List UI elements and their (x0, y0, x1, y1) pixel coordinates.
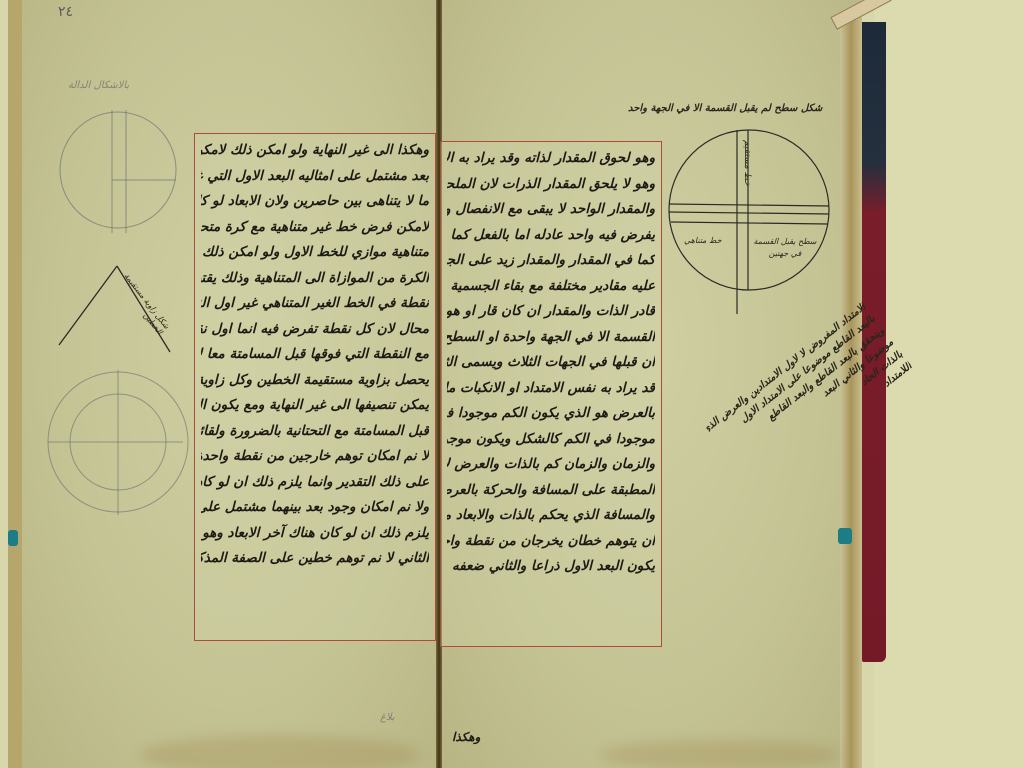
left-text-block: وهكذا الى غير النهاية ولو امكن ذلك لامكن… (194, 133, 436, 641)
text-line: وهو لحوق المقدار لذاته وقد يراد به الافل… (447, 146, 655, 172)
text-line: متناهية موازي للخط الاول ولو امكن ذلك لز… (201, 240, 429, 266)
faint-mark: بلاغ (380, 712, 395, 723)
text-line: الكرة من الموازاة الى المتناهية وذلك يقت… (201, 266, 429, 292)
text-line: وهو لا يلحق المقدار الذرات لان الملحوق ي… (447, 172, 655, 198)
text-line: والمقدار الواحد لا يبقى مع الانفصال والث… (447, 197, 655, 223)
blue-ink-mark (8, 530, 18, 546)
text-line: ما لا يتناهى بين حاصرين ولان الابعاد لو … (201, 189, 429, 215)
text-line: نقطة في الخط الغير المتناهي غير اول النق… (201, 291, 429, 317)
text-line: يكون البعد الاول ذراعا والثاني ضعفه والث… (447, 554, 655, 580)
text-line: عليه مقادير مختلفة مع بقاء الجسمية والكم… (447, 274, 655, 300)
text-line: يلزم ذلك ان لو كان هناك آخر الابعاد وهو … (201, 521, 429, 547)
text-line: لامكن فرض خط غير متناهية مع كرة متحركة ت… (201, 215, 429, 241)
text-line: قد يراد به نفس الامتداد او الانكبات ما خ… (447, 376, 655, 402)
text-line: ولا نم امكان وجود بعد بينهما مشتمل على ا… (201, 495, 429, 521)
pencil-circle-diagram (60, 108, 180, 238)
text-line: على ذلك التقدير وانما يلزم ذلك ان لو كان… (201, 470, 429, 496)
text-line: المطبقة على المسافة والحركة بالعرض لا تط… (447, 478, 655, 504)
text-line: الثاني لا نم توهم خطين على الصفة المذكور… (201, 546, 429, 572)
text-line: لا نم امكان توهم خارجين من نقطة واحدة عل… (201, 444, 429, 470)
text-line: موجودا في الكم كالشكل ويكون موجودا في مح… (447, 427, 655, 453)
pencil-caption: بالاشكال الدالة (68, 80, 129, 91)
catchword: وهكذا (452, 730, 480, 744)
right-text-block: وهو لحوق المقدار لذاته وقد يراد به الافل… (440, 141, 662, 647)
text-line: والمسافة الذي يحكم بالذات والابعاد متناه… (447, 503, 655, 529)
text-line: ان يتوهم خطان يخرجان من نقطة واحدة ويتبا… (447, 529, 655, 555)
text-line: يفرض فيه واحد عادله اما بالفعل كما في ال… (447, 223, 655, 249)
blue-ink-mark (838, 528, 852, 544)
text-line: بالعرض هو الذي يكون الكم موجودا فيه بالف… (447, 401, 655, 427)
text-line: يحصل بزاوية مستقيمة الخطين وكل زاوية شار… (201, 368, 429, 394)
diagram-label-left: خط متناهي (684, 236, 722, 245)
folio-number: ٢٤ (58, 4, 73, 20)
text-line: بعد مشتمل على امثاليه البعد الاول التي غ… (201, 164, 429, 190)
text-line: مع النقطة التي فوقها قبل المسامتة معا لا… (201, 342, 429, 368)
text-line: القسمة الا في الجهة واحدة او السطح ان قب… (447, 325, 655, 351)
text-line: كما في المقدار والمقدار زيد على الجسمية … (447, 248, 655, 274)
circle-diagram-caption: شكل سطح لم يقبل القسمة الا في الجهة واحد (628, 103, 822, 114)
text-line: يمكن تنصيفها الى غير النهاية ومع يكون ال… (201, 393, 429, 419)
text-line: قادر الذات والمقدار ان كان قار او هو الخ… (447, 299, 655, 325)
text-line: ان قبلها في الجهات الثلاث ويسمى الثخن وا… (447, 350, 655, 376)
text-line: قبل المسامتة مع التحتانية بالضرورة ولقائ… (201, 419, 429, 445)
diagram-label-right: سطح يقبل القسمة في جهتين (750, 236, 820, 260)
text-line: محال لان كل نقطة تفرض فيه انما اول نقطة … (201, 317, 429, 343)
water-stain (140, 735, 420, 768)
open-manuscript: ٢٤ بالاشكال الدالة شكل زاوية مستقيمة الخ… (0, 0, 1024, 768)
diagram-label-vertical: خط مستقيم (742, 140, 752, 186)
water-stain (600, 740, 840, 768)
text-line: وهكذا الى غير النهاية ولو امكن ذلك لامكن… (201, 138, 429, 164)
text-line: والزمان والزمان كم بالذات والعرض لا تطبق… (447, 452, 655, 478)
pencil-concentric-circles (48, 370, 198, 520)
